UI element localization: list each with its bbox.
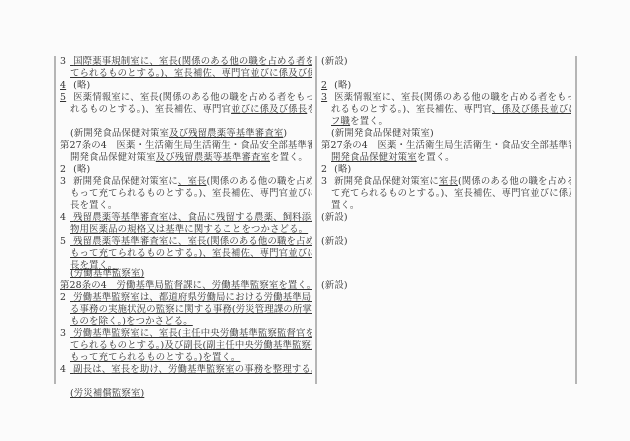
text-line: もって充てられるものとする。)、室長補佐、専門官並びに係及び係	[60, 248, 312, 260]
text-line: 4 残留農薬等基準審査室は、食品に残留する農薬、飼料添加物及び動	[60, 212, 312, 224]
right-block-labor-inspection: (新設)	[321, 280, 571, 292]
text-line: れるものとする。)、室長補佐、専門官、係及び係長並びに専門スタッ	[321, 104, 571, 116]
article-line: 開発食品保健対策室を置く。	[321, 152, 571, 164]
section-heading: (新開発食品保健対策室及び残留農薬等基準審査室)	[60, 128, 312, 140]
text-line: ものを除く。)をつかさどる。	[60, 316, 312, 328]
text-line: もって充てられるものとする。)を置く。	[60, 352, 312, 364]
new-provision-label: (新設)	[321, 56, 571, 68]
text-line: 5 残留農薬等基準審査室に、室長(関係のある他の職を占める者を	[60, 236, 312, 248]
text-line: 3 労働基準監察室に、室長(主任中央労働基準監察監督官をもって充	[60, 328, 312, 340]
left-block-labor-inspection: (労働基準監察室) 第28条の4 労働基準局監督課に、労働基準監察室を置く。 2…	[60, 268, 312, 400]
right-column-current-text: (新設) 2 (略) 3 医薬情報室に、室長(関係のある他の職を占める者をもって…	[315, 56, 577, 384]
text-line: 長を置く。	[60, 200, 312, 212]
text-line: 3 新開発食品保健対策室に室長(関係のある他の職を占める者をもっ	[321, 176, 571, 188]
left-column-amended-text: 3 国際薬事規制室に、室長(関係のある他の職を占める者をもって充 てられるものと…	[54, 56, 316, 384]
new-provision-label: (新設)	[321, 280, 571, 292]
article-line: 第27条の4 医薬・生活衛生局生活衛生・食品安全部基準審査課に、新	[60, 140, 312, 152]
text-line: る事務の実施状況の監察に関する事務(労災管理課の所掌に属する	[60, 304, 312, 316]
text-line: フ職を置く。	[321, 116, 571, 128]
text-line: 2 (略)	[60, 164, 312, 176]
text-line: れるものとする。)、室長補佐、専門官並びに係及び係長を置く。	[60, 104, 312, 116]
new-provision-label: (新設)	[321, 236, 571, 248]
text-line: 3 国際薬事規制室に、室長(関係のある他の職を占める者をもって充	[60, 56, 312, 68]
text-line: てられるものとする。)及び副長(副主任中央労働基準監察監督官を	[60, 340, 312, 352]
text-line: 2 (略)	[321, 164, 571, 176]
text-line: 2 (略)	[321, 80, 571, 92]
article-line: 第27条の4 医薬・生活衛生局生活衛生・食品安全部基準審査課に、新	[321, 140, 571, 152]
article-line: 第28条の4 労働基準局監督課に、労働基準監察室を置く。	[60, 280, 312, 292]
left-block-food-safety: (新開発食品保健対策室及び残留農薬等基準審査室) 第27条の4 医薬・生活衛生局…	[60, 128, 312, 272]
text-line: 3 新開発食品保健対策室に、室長(関係のある他の職を占める者を	[60, 176, 312, 188]
section-heading: (新開発食品保健対策室)	[321, 128, 571, 140]
text-line: もって充てられるものとする。)、室長補佐、専門官並びに係及び係	[60, 188, 312, 200]
text-line: 4 副長は、室長を助け、労働基準監察室の事務を整理する。	[60, 364, 312, 376]
article-line: 開発食品保健対策室及び残留農薬等基準審査室を置く。	[60, 152, 312, 164]
text-line: 物用医薬品の規格又は基準に関することをつかさどる。	[60, 224, 312, 236]
right-block-pharma-office: (新設) 2 (略) 3 医薬情報室に、室長(関係のある他の職を占める者をもって…	[321, 56, 571, 128]
text-line: 4 (略)	[60, 80, 312, 92]
left-block-pharma-office: 3 国際薬事規制室に、室長(関係のある他の職を占める者をもって充 てられるものと…	[60, 56, 312, 116]
section-heading: (労働基準監察室)	[60, 268, 312, 280]
new-provision-label: (新設)	[321, 212, 571, 224]
text-line: 置く。	[321, 200, 571, 212]
section-heading: (労災補償監察室)	[60, 388, 312, 400]
text-line: 5 医薬情報室に、室長(関係のある他の職を占める者をもって充てら	[60, 92, 312, 104]
text-line: てられるものとする。)、室長補佐、専門官並びに係及び係長を置く。	[60, 68, 312, 80]
right-block-food-safety: (新開発食品保健対策室) 第27条の4 医薬・生活衛生局生活衛生・食品安全部基準…	[321, 128, 571, 248]
text-line: 2 労働基準監察室は、都道府県労働局における労働基準局の所掌に係	[60, 292, 312, 304]
text-line: て充てられるものとする。)、室長補佐、専門官並びに係及び係長を	[321, 188, 571, 200]
text-line: 3 医薬情報室に、室長(関係のある他の職を占める者をもって充てら	[321, 92, 571, 104]
